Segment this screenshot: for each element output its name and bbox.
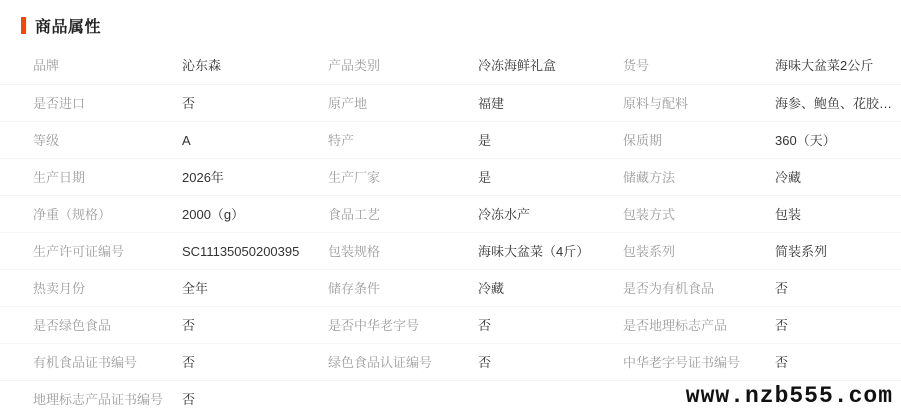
attr-label: 货号 <box>623 47 775 84</box>
attr-value: 沁东森 <box>182 47 328 84</box>
table-row: 生产许可证编号SC11135050200395包装规格海味大盆菜（4斤）包装系列… <box>0 232 901 269</box>
attr-label: 有机食品证书编号 <box>33 344 182 381</box>
attr-label: 原料与配料 <box>623 85 775 122</box>
attr-value: 否 <box>478 307 623 344</box>
accent-bar-icon <box>21 17 26 34</box>
attr-label: 生产厂家 <box>328 159 478 196</box>
attr-label: 地理标志产品证书编号 <box>33 381 182 415</box>
attr-label: 热卖月份 <box>33 270 182 307</box>
attr-value: 否 <box>182 85 328 122</box>
attr-value: 否 <box>775 307 901 344</box>
section-header: 商品属性 <box>0 0 901 47</box>
attr-value: A <box>182 122 328 159</box>
attr-value: 否 <box>478 344 623 381</box>
attr-value: 否 <box>182 344 328 381</box>
table-row: 生产日期2026年生产厂家是储藏方法冷藏 <box>0 158 901 195</box>
attr-label: 包装系列 <box>623 233 775 270</box>
table-row: 热卖月份全年储存条件冷藏是否为有机食品否 <box>0 269 901 306</box>
attr-label: 绿色食品认证编号 <box>328 344 478 381</box>
attr-label: 中华老字号证书编号 <box>623 344 775 381</box>
attr-label: 品牌 <box>33 47 182 84</box>
table-row: 是否进口否原产地福建原料与配料海参、鲍鱼、花胶、… <box>0 84 901 121</box>
table-row: 品牌沁东森产品类别冷冻海鲜礼盒货号海味大盆菜2公斤 <box>0 47 901 84</box>
attr-value: 否 <box>775 344 901 381</box>
attr-label: 储存条件 <box>328 270 478 307</box>
attr-label: 保质期 <box>623 122 775 159</box>
attr-value: 全年 <box>182 270 328 307</box>
attr-label: 包装规格 <box>328 233 478 270</box>
attr-label: 是否绿色食品 <box>33 307 182 344</box>
attr-label: 食品工艺 <box>328 196 478 233</box>
section-title: 商品属性 <box>35 14 101 37</box>
attr-label: 是否为有机食品 <box>623 270 775 307</box>
attr-value: 360（天） <box>775 122 901 159</box>
attr-value: 福建 <box>478 85 623 122</box>
attr-label: 等级 <box>33 122 182 159</box>
attributes-table: 品牌沁东森产品类别冷冻海鲜礼盒货号海味大盆菜2公斤是否进口否原产地福建原料与配料… <box>0 47 901 415</box>
attr-value: 冷冻海鲜礼盒 <box>478 47 623 84</box>
watermark: www.nzb555.com <box>686 383 893 409</box>
attr-value: 否 <box>182 381 328 415</box>
attr-value: 海味大盆菜（4斤） <box>478 233 623 270</box>
table-row: 有机食品证书编号否绿色食品认证编号否中华老字号证书编号否 <box>0 343 901 380</box>
product-attributes-panel: 商品属性 品牌沁东森产品类别冷冻海鲜礼盒货号海味大盆菜2公斤是否进口否原产地福建… <box>0 0 901 415</box>
attr-value: 冷藏 <box>775 159 901 196</box>
attr-value: 冷藏 <box>478 270 623 307</box>
attr-label: 生产许可证编号 <box>33 233 182 270</box>
table-row: 是否绿色食品否是否中华老字号否是否地理标志产品否 <box>0 306 901 343</box>
attr-value: 海参、鲍鱼、花胶、… <box>775 85 901 122</box>
attr-value: 否 <box>182 307 328 344</box>
attr-value: 简装系列 <box>775 233 901 270</box>
attr-value: 是 <box>478 122 623 159</box>
attr-value: 否 <box>775 270 901 307</box>
attr-value: 海味大盆菜2公斤 <box>775 47 901 84</box>
attr-label: 特产 <box>328 122 478 159</box>
attr-value: 包装 <box>775 196 901 233</box>
table-row: 等级A特产是保质期360（天） <box>0 121 901 158</box>
attr-label: 是否中华老字号 <box>328 307 478 344</box>
attr-value: 冷冻水产 <box>478 196 623 233</box>
attr-label: 是否进口 <box>33 85 182 122</box>
attr-label: 是否地理标志产品 <box>623 307 775 344</box>
attr-label: 储藏方法 <box>623 159 775 196</box>
attr-label: 生产日期 <box>33 159 182 196</box>
attr-label: 净重（规格） <box>33 196 182 233</box>
attr-label: 包装方式 <box>623 196 775 233</box>
table-row: 净重（规格）2000（g）食品工艺冷冻水产包装方式包装 <box>0 195 901 232</box>
attr-value: 2026年 <box>182 159 328 196</box>
attr-label: 原产地 <box>328 85 478 122</box>
attr-value: SC11135050200395 <box>182 233 328 270</box>
attr-value: 是 <box>478 159 623 196</box>
attr-value: 2000（g） <box>182 196 328 233</box>
attr-label: 产品类别 <box>328 47 478 84</box>
